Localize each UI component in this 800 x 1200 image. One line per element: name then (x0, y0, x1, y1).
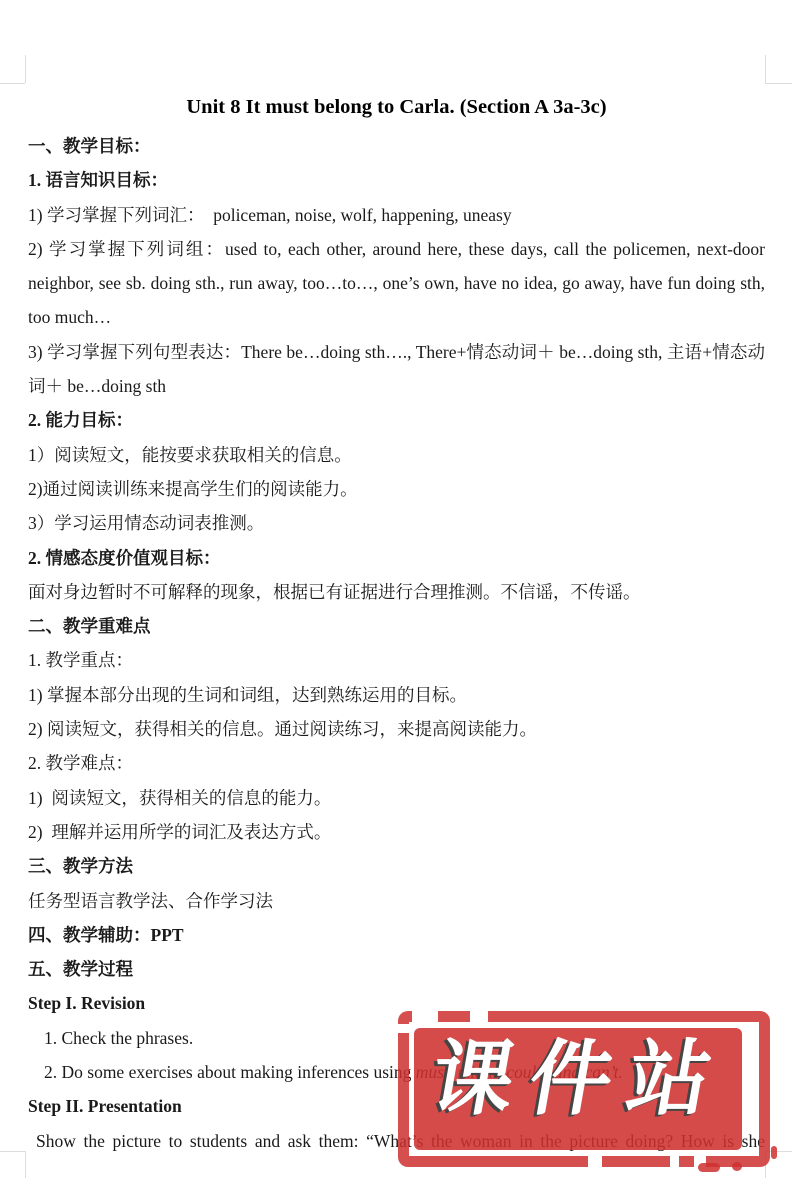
subheading-emotion-goals: 2. 情感态度价值观目标： (28, 541, 765, 575)
doc-line-difficulty-1: 1) 阅读短文，获得相关的信息的能力。 (28, 781, 765, 815)
section-heading-objectives: 一、教学目标： (28, 129, 765, 163)
doc-line-emotion: 面对身边暂时不可解释的现象，根据已有证据进行合理推测。不信谣，不传谣。 (28, 575, 765, 609)
page-title: Unit 8 It must belong to Carla. (Section… (28, 92, 765, 122)
kejianzhan-watermark-stamp: 课件站 (398, 1011, 770, 1167)
section-heading-procedure: 五、教学过程 (28, 952, 765, 986)
stamp-border-gap (412, 1009, 438, 1023)
doc-paragraph-sentence-patterns: 3) 学习掌握下列句型表达：There be…doing sth…., Ther… (28, 335, 765, 404)
doc-line-ability-2: 2)通过阅读训练来提高学生们的阅读能力。 (28, 472, 765, 506)
crop-mark-bottom-left-v (25, 1151, 26, 1178)
document-content: Unit 8 It must belong to Carla. (Section… (28, 92, 765, 1158)
doc-line-difficulty-2: 2) 理解并运用所学的词汇及表达方式。 (28, 815, 765, 849)
stamp-border-gap (396, 1024, 409, 1033)
doc-line-difficulty-label: 2. 教学难点： (28, 746, 765, 780)
stamp-border-gap (470, 1009, 488, 1023)
crop-mark-top-left-h (0, 83, 25, 84)
stamp-text: 课件站 (391, 1039, 767, 1121)
doc-line-key-point-1: 1) 掌握本部分出现的生词和词组，达到熟练运用的目标。 (28, 678, 765, 712)
doc-paragraph-phrases: 2) 学习掌握下列词组：used to, each other, around … (28, 232, 765, 335)
stamp-ink-dot (698, 1163, 720, 1172)
section-heading-aids: 四、教学辅助：PPT (28, 918, 765, 952)
doc-line-methods: 任务型语言教学法、合作学习法 (28, 884, 765, 918)
crop-mark-top-left-v (25, 55, 26, 83)
doc-line-key-point-label: 1. 教学重点： (28, 643, 765, 677)
stamp-ink-dot (732, 1162, 742, 1171)
document-page: Unit 8 It must belong to Carla. (Section… (0, 0, 800, 1200)
crop-mark-top-right-h (765, 83, 792, 84)
crop-mark-bottom-left-h (0, 1151, 25, 1152)
stamp-border-gap (670, 1155, 679, 1169)
doc-line-ability-3: 3）学习运用情态动词表推测。 (28, 506, 765, 540)
stamp-border-gap (588, 1155, 602, 1169)
section-heading-key-points: 二、教学重难点 (28, 609, 765, 643)
doc-line-vocabulary: 1) 学习掌握下列词汇： policeman, noise, wolf, hap… (28, 198, 765, 232)
doc-line-exercises-prefix: 2. Do some exercises about making infere… (44, 1062, 416, 1082)
doc-line-ability-1: 1）阅读短文，能按要求获取相关的信息。 (28, 438, 765, 472)
doc-line-key-point-2: 2) 阅读短文，获得相关的信息。通过阅读练习，来提高阅读能力。 (28, 712, 765, 746)
section-heading-methods: 三、教学方法 (28, 849, 765, 883)
subheading-ability-goals: 2. 能力目标： (28, 403, 765, 437)
subheading-language-goals: 1. 语言知识目标： (28, 163, 765, 197)
stamp-ink-dot (771, 1146, 777, 1159)
crop-mark-top-right-v (765, 55, 766, 83)
